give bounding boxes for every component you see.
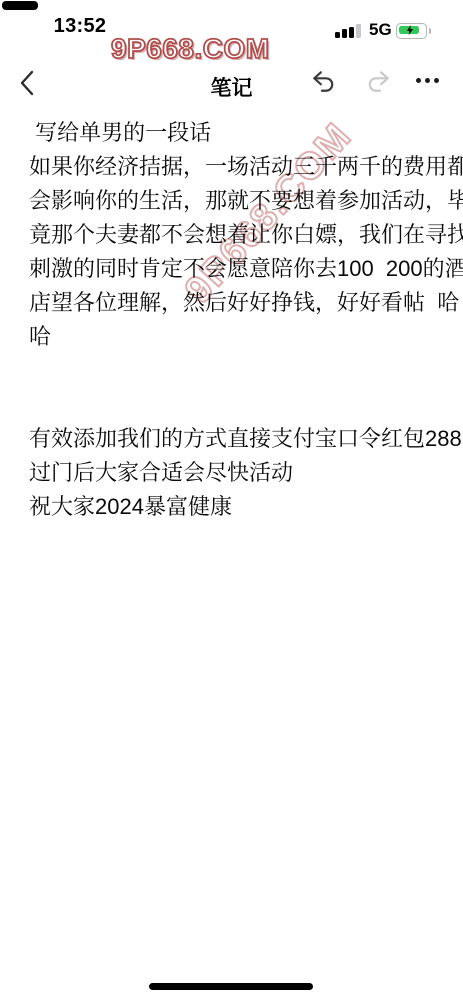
note-line: 如果你经济拮据，一场活动三千两千的费用都 <box>29 150 447 184</box>
cellular-signal-icon <box>335 24 361 38</box>
note-line <box>29 388 447 422</box>
note-line: 过门后大家合适会尽快活动 <box>29 456 447 490</box>
note-line: 刺激的同时肯定不会愿意陪你去100 200的酒 <box>29 252 447 286</box>
nav-bar: 笔记 <box>0 64 463 104</box>
lightning-bolt-icon <box>405 25 415 35</box>
note-line: 会影响你的生活，那就不要想着参加活动，毕 <box>29 184 447 218</box>
status-time: 13:52 <box>44 15 116 38</box>
note-line: 哈 <box>29 320 447 354</box>
note-body[interactable]: 写给单男的一段话 如果你经济拮据，一场活动三千两千的费用都 会影响你的生活，那就… <box>29 116 447 524</box>
note-line: 竟那个夫妻都不会想着让你白嫖，我们在寻找 <box>29 218 447 252</box>
home-indicator[interactable] <box>149 983 313 990</box>
note-line: 有效添加我们的方式直接支付宝口令红包288 <box>29 422 447 456</box>
battery-charging-icon <box>396 23 427 39</box>
undo-icon[interactable] <box>310 68 336 94</box>
redo-icon[interactable] <box>366 68 392 94</box>
note-line: 店望各位理解，然后好好挣钱，好好看帖 哈 <box>29 286 447 320</box>
screen-corner-pill <box>2 1 38 10</box>
note-line: 祝大家2024暴富健康 <box>29 490 447 524</box>
network-type-label: 5G <box>369 20 392 40</box>
note-line: 写给单男的一段话 <box>29 116 447 150</box>
more-options-icon[interactable] <box>416 78 439 83</box>
page-title: 笔记 <box>0 72 463 102</box>
notes-app-screen: 13:52 5G 9P668.COM 9P668.COM 笔记 写给单男的一 <box>0 0 463 1000</box>
watermark-top: 9P668.COM <box>111 33 270 65</box>
note-line <box>29 354 447 388</box>
